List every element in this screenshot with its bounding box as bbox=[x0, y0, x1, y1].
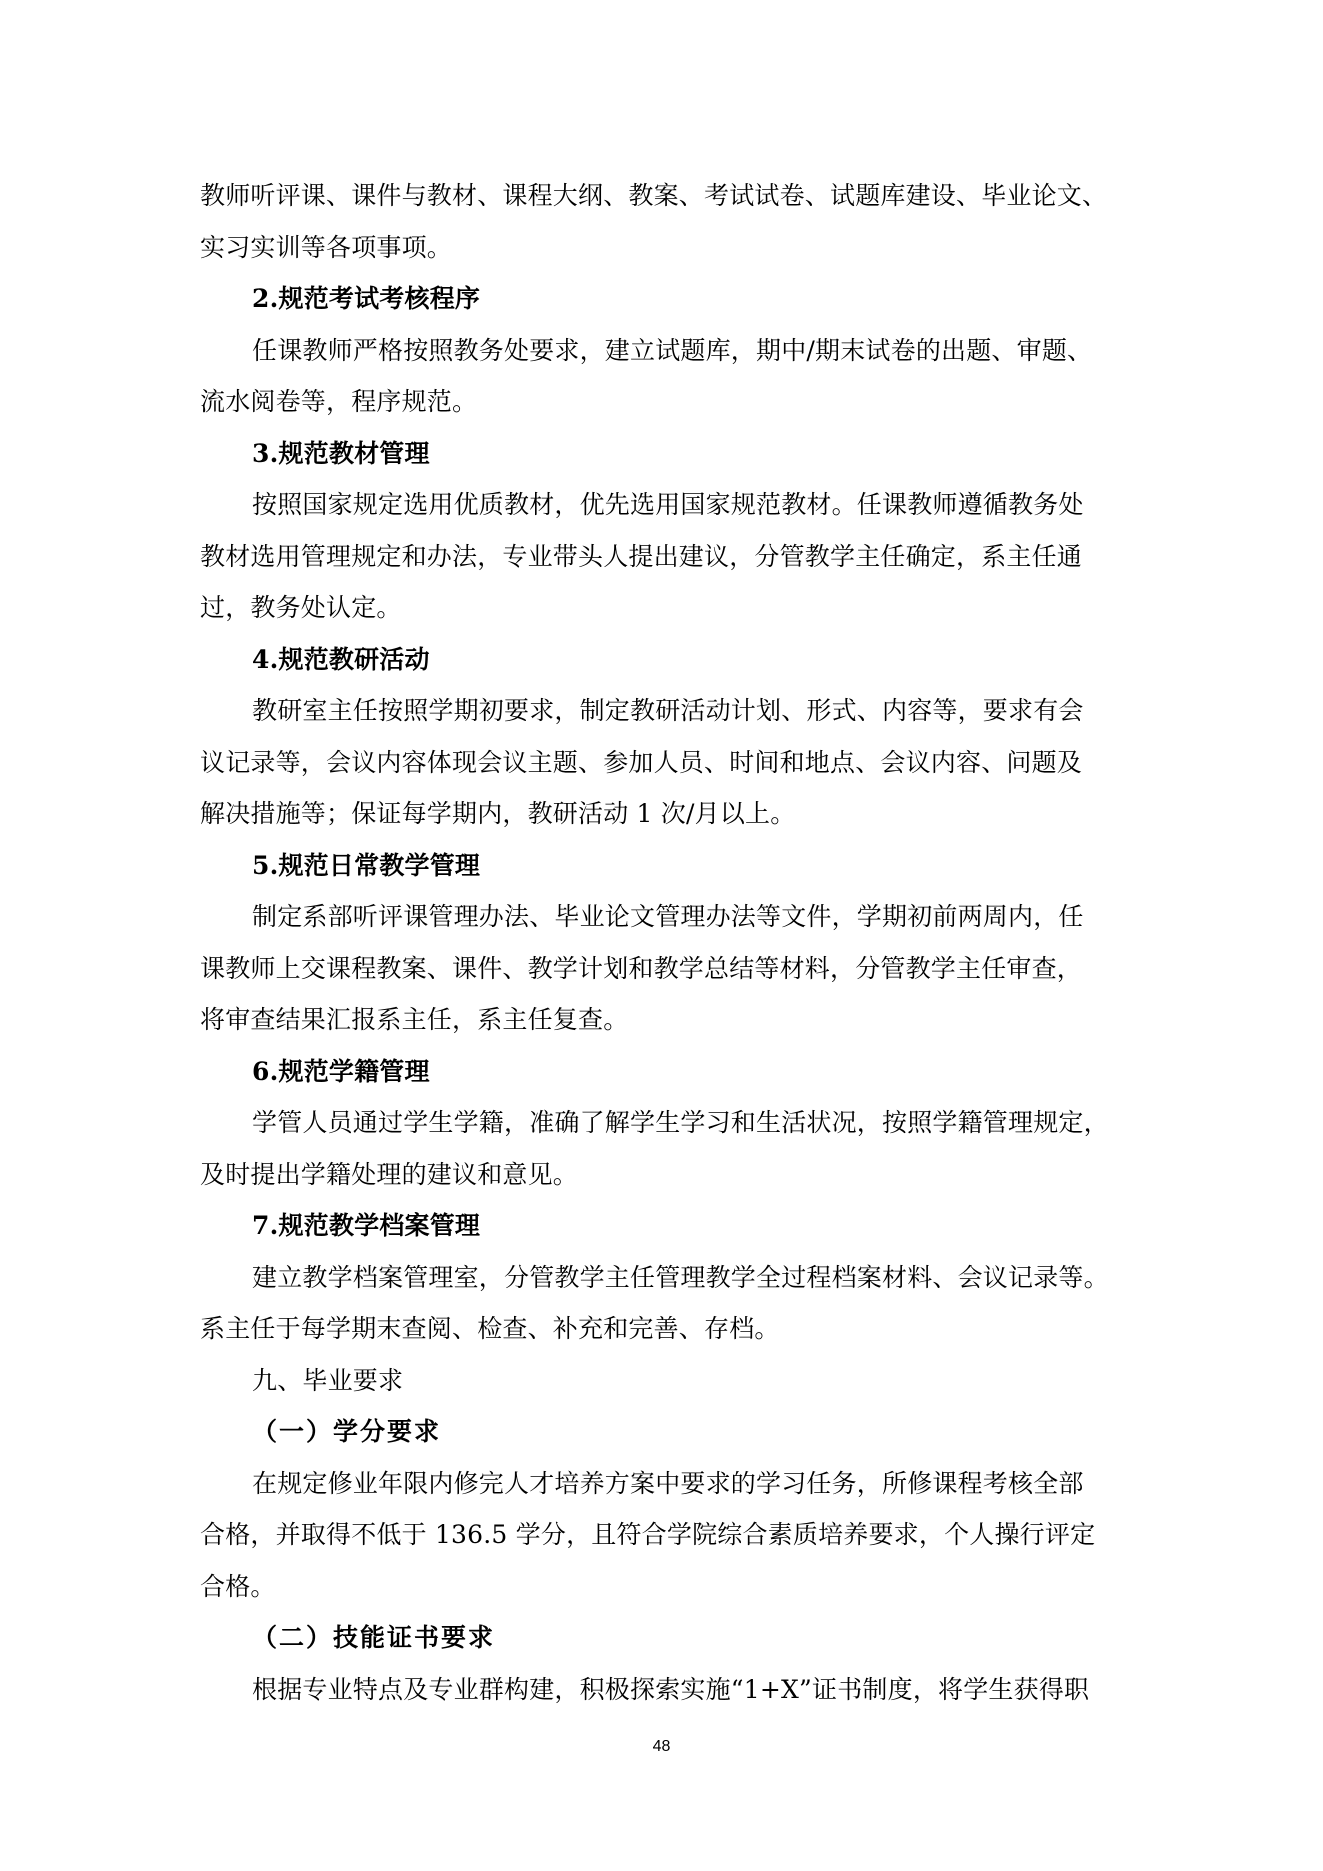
page-content: 教师听评课、课件与教材、课程大纲、教案、考试试卷、试题库建设、毕业论文、 实习实… bbox=[200, 170, 1130, 1715]
text-line: 及时提出学籍处理的建议和意见。 bbox=[200, 1149, 1130, 1201]
text-line: 根据专业特点及专业群构建，积极探索实施“1+X”证书制度，将学生获得职 bbox=[200, 1664, 1130, 1716]
chapter-heading: 九、毕业要求 bbox=[200, 1355, 1130, 1407]
subsection-heading: （二）技能证书要求 bbox=[200, 1612, 1130, 1664]
section-heading: 2.规范考试考核程序 bbox=[200, 273, 1130, 325]
text-line: 系主任于每学期末查阅、检查、补充和完善、存档。 bbox=[200, 1303, 1130, 1355]
section-heading: 7.规范教学档案管理 bbox=[200, 1200, 1130, 1252]
section-heading: 3.规范教材管理 bbox=[200, 428, 1130, 480]
text-line: 制定系部听评课管理办法、毕业论文管理办法等文件，学期初前两周内，任 bbox=[200, 891, 1130, 943]
text-line: 过，教务处认定。 bbox=[200, 582, 1130, 634]
text-line: 建立教学档案管理室，分管教学主任管理教学全过程档案材料、会议记录等。 bbox=[200, 1252, 1130, 1304]
page-number: 48 bbox=[0, 1738, 1323, 1756]
text-line: 解决措施等；保证每学期内，教研活动 1 次/月以上。 bbox=[200, 788, 1130, 840]
text-line: 在规定修业年限内修完人才培养方案中要求的学习任务，所修课程考核全部 bbox=[200, 1458, 1130, 1510]
text-line: 教师听评课、课件与教材、课程大纲、教案、考试试卷、试题库建设、毕业论文、 bbox=[200, 170, 1130, 222]
subsection-heading: （一）学分要求 bbox=[200, 1406, 1130, 1458]
document-page: 教师听评课、课件与教材、课程大纲、教案、考试试卷、试题库建设、毕业论文、 实习实… bbox=[0, 0, 1323, 1871]
text-line: 教材选用管理规定和办法，专业带头人提出建议，分管教学主任确定，系主任通 bbox=[200, 531, 1130, 583]
text-line: 将审查结果汇报系主任，系主任复查。 bbox=[200, 994, 1130, 1046]
section-heading: 4.规范教研活动 bbox=[200, 634, 1130, 686]
text-line: 按照国家规定选用优质教材，优先选用国家规范教材。任课教师遵循教务处 bbox=[200, 479, 1130, 531]
text-line: 合格，并取得不低于 136.5 学分，且符合学院综合素质培养要求，个人操行评定 bbox=[200, 1509, 1130, 1561]
text-line: 任课教师严格按照教务处要求，建立试题库，期中/期末试卷的出题、审题、 bbox=[200, 325, 1130, 377]
text-line: 实习实训等各项事项。 bbox=[200, 222, 1130, 274]
text-line: 议记录等，会议内容体现会议主题、参加人员、时间和地点、会议内容、问题及 bbox=[200, 737, 1130, 789]
text-line: 合格。 bbox=[200, 1561, 1130, 1613]
text-line: 课教师上交课程教案、课件、教学计划和教学总结等材料，分管教学主任审查， bbox=[200, 943, 1130, 995]
section-heading: 5.规范日常教学管理 bbox=[200, 840, 1130, 892]
section-heading: 6.规范学籍管理 bbox=[200, 1046, 1130, 1098]
text-line: 流水阅卷等，程序规范。 bbox=[200, 376, 1130, 428]
text-line: 学管人员通过学生学籍，准确了解学生学习和生活状况，按照学籍管理规定， bbox=[200, 1097, 1130, 1149]
text-line: 教研室主任按照学期初要求，制定教研活动计划、形式、内容等，要求有会 bbox=[200, 685, 1130, 737]
